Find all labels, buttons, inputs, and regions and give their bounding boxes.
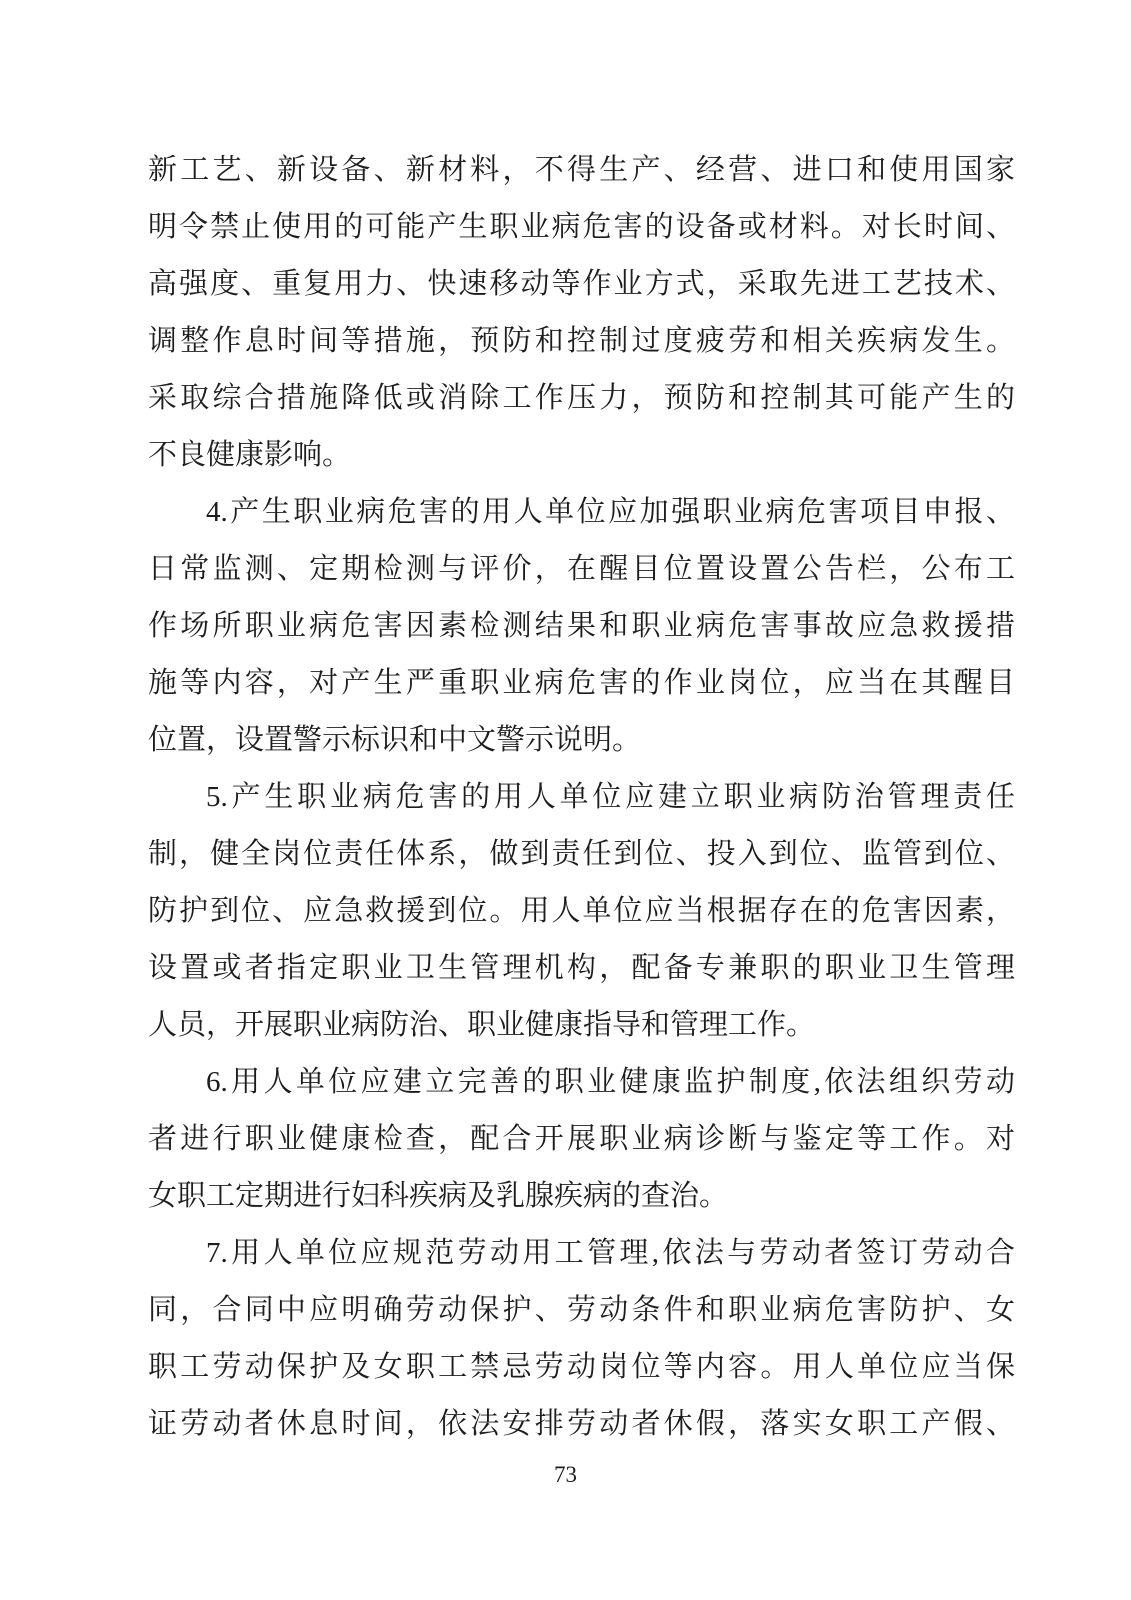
paragraph-continuation: 新工艺、新设备、新材料，不得生产、经营、进口和使用国家 明令禁止使用的可能产生职… [148, 142, 1015, 484]
text-line: 5.产生职业病危害的用人单位应建立职业病防治管理责任 [148, 769, 1015, 826]
text-line: 者进行职业健康检查，配合开展职业病诊断与鉴定等工作。对 [148, 1111, 1015, 1168]
text-line: 同，合同中应明确劳动保护、劳动条件和职业病危害防护、女 [148, 1282, 1015, 1339]
text-line: 设置或者指定职业卫生管理机构，配备专兼职的职业卫生管理 [148, 940, 1015, 997]
text-line: 6.用人单位应建立完善的职业健康监护制度,依法组织劳动 [148, 1054, 1015, 1111]
text-line: 证劳动者休息时间，依法安排劳动者休假，落实女职工产假、 [148, 1396, 1015, 1453]
text-line: 位置，设置警示标识和中文警示说明。 [148, 712, 1015, 769]
text-line: 施等内容，对产生严重职业病危害的作业岗位，应当在其醒目 [148, 655, 1015, 712]
text-line: 新工艺、新设备、新材料，不得生产、经营、进口和使用国家 [148, 142, 1015, 199]
text-line: 制，健全岗位责任体系，做到责任到位、投入到位、监管到位、 [148, 826, 1015, 883]
text-line: 高强度、重复用力、快速移动等作业方式，采取先进工艺技术、 [148, 256, 1015, 313]
text-line: 明令禁止使用的可能产生职业病危害的设备或材料。对长时间、 [148, 199, 1015, 256]
text-line: 4.产生职业病危害的用人单位应加强职业病危害项目申报、 [148, 484, 1015, 541]
document-page: 新工艺、新设备、新材料，不得生产、经营、进口和使用国家 明令禁止使用的可能产生职… [0, 0, 1131, 1600]
paragraph-item-7: 7.用人单位应规范劳动用工管理,依法与劳动者签订劳动合 同，合同中应明确劳动保护… [148, 1225, 1015, 1453]
text-line: 职工劳动保护及女职工禁忌劳动岗位等内容。用人单位应当保 [148, 1339, 1015, 1396]
page-number: 73 [0, 1458, 1131, 1492]
paragraph-item-6: 6.用人单位应建立完善的职业健康监护制度,依法组织劳动 者进行职业健康检查，配合… [148, 1054, 1015, 1225]
text-line: 不良健康影响。 [148, 427, 1015, 484]
page-body-text: 新工艺、新设备、新材料，不得生产、经营、进口和使用国家 明令禁止使用的可能产生职… [148, 142, 1015, 1453]
text-line: 女职工定期进行妇科疾病及乳腺疾病的查治。 [148, 1168, 1015, 1225]
paragraph-item-4: 4.产生职业病危害的用人单位应加强职业病危害项目申报、 日常监测、定期检测与评价… [148, 484, 1015, 769]
text-line: 采取综合措施降低或消除工作压力，预防和控制其可能产生的 [148, 370, 1015, 427]
paragraph-item-5: 5.产生职业病危害的用人单位应建立职业病防治管理责任 制，健全岗位责任体系，做到… [148, 769, 1015, 1054]
text-line: 防护到位、应急救援到位。用人单位应当根据存在的危害因素， [148, 883, 1015, 940]
text-line: 日常监测、定期检测与评价，在醒目位置设置公告栏，公布工 [148, 541, 1015, 598]
text-line: 作场所职业病危害因素检测结果和职业病危害事故应急救援措 [148, 598, 1015, 655]
text-line: 调整作息时间等措施，预防和控制过度疲劳和相关疾病发生。 [148, 313, 1015, 370]
text-line: 人员，开展职业病防治、职业健康指导和管理工作。 [148, 997, 1015, 1054]
text-line: 7.用人单位应规范劳动用工管理,依法与劳动者签订劳动合 [148, 1225, 1015, 1282]
